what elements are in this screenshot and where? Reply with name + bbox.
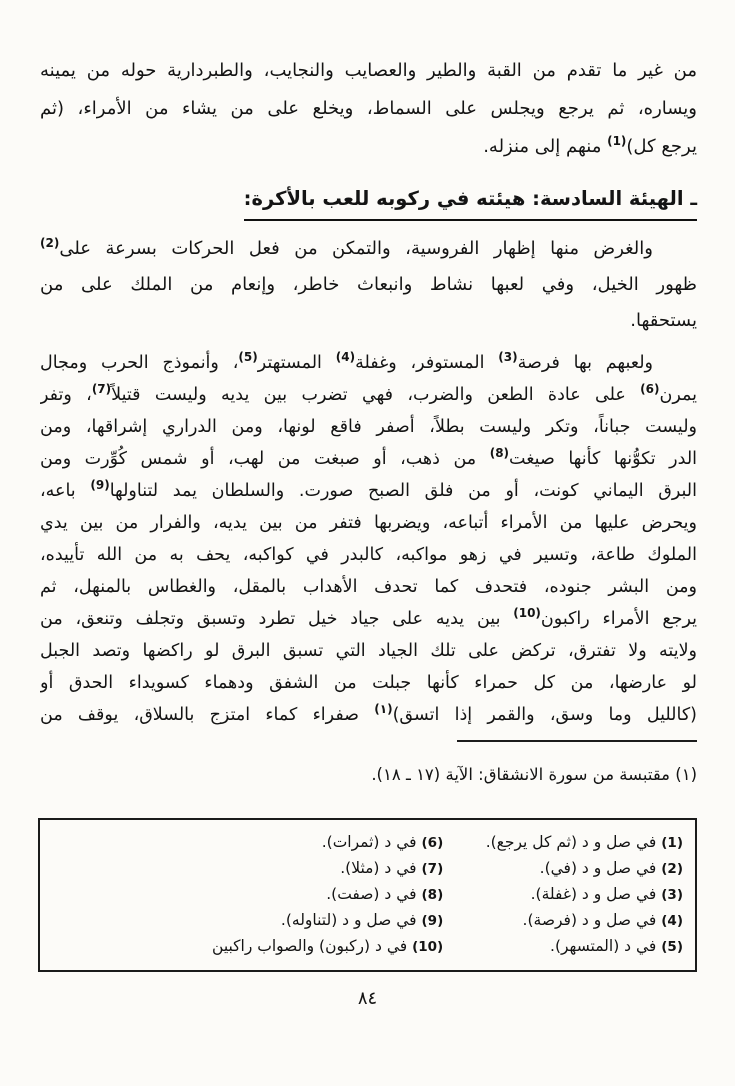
variant-note: (10) في د (ركبون) والصواب راكبين <box>52 934 443 960</box>
variant-note: (8) في د (صفت). <box>52 882 443 908</box>
variant-note-text: في د (ركبون) والصواب راكبين <box>212 937 412 955</box>
text-line: ظهور الخيل، وفي لعبها نشاط وانبعاث خاطر،… <box>40 267 697 303</box>
footnote-marker: (١) <box>374 702 392 716</box>
text-line: الدر تكوُّنها كأنها صيغت(8) من ذهب، أو ص… <box>40 443 697 475</box>
footnote-quran-reference: (١) مقتبسة من سورة الانشقاق: الآية (١٧ ـ… <box>38 762 697 788</box>
text-line: ولايته ولا تفترق، تركض على تلك الجياد ال… <box>40 635 697 667</box>
body-paragraph: والغرض منها إظهار الفروسية، والتمكن من ف… <box>40 231 697 339</box>
variant-note-text: في د (مثلا). <box>340 859 421 877</box>
variants-column-right: (1) في صل و د (ثم كل يرجع).(2) في صل و د… <box>443 830 683 960</box>
footnote-separator-rule <box>457 740 697 742</box>
manuscript-variants-box: (1) في صل و د (ثم كل يرجع).(2) في صل و د… <box>38 818 697 972</box>
variant-note-text: في صل و د (ثم كل يرجع). <box>486 833 662 851</box>
text-line: وليست جباناً، وتكر وليست بطلاً، أصفر فاق… <box>40 411 697 443</box>
text-line: من غير ما تقدم من القبة والطير والعصايب … <box>40 52 697 90</box>
footnote-marker: (3) <box>498 350 517 364</box>
text-line: ويساره، ثم يرجع ويجلس على السماط، ويخلع … <box>40 90 697 128</box>
text-line: البرق اليماني كونت، أو من فلق الصبح صورت… <box>40 475 697 507</box>
variant-note-number: (5) <box>661 939 683 955</box>
footnote-marker: (7) <box>92 382 111 396</box>
footnotes-section: (١) مقتبسة من سورة الانشقاق: الآية (١٧ ـ… <box>38 740 697 1009</box>
text-line: يرجع كل)(1) منهم إلى منزله. <box>40 128 697 166</box>
variant-note-number: (6) <box>422 835 444 851</box>
variant-note-number: (1) <box>661 835 683 851</box>
variant-note-number: (4) <box>661 913 683 929</box>
variant-note-number: (8) <box>422 887 444 903</box>
text-line: يمرن(6) على عادة الطعن والضرب، فهي تضرب … <box>40 379 697 411</box>
section-heading: ـ الهيئة السادسة: هيئته في ركوبه للعب با… <box>40 184 697 221</box>
variant-note: (5) في د (المتسهر). <box>443 934 683 960</box>
variant-note: (1) في صل و د (ثم كل يرجع). <box>443 830 683 856</box>
text-line: والغرض منها إظهار الفروسية، والتمكن من ف… <box>40 231 697 267</box>
page-number: ٨٤ <box>38 988 697 1009</box>
text-line: يستحقها. <box>40 303 697 339</box>
footnote-marker: (10) <box>513 606 541 620</box>
body-paragraph: ولعبهم بها فرصة(3) المستوفر، وغفلة(4) ال… <box>40 347 697 731</box>
variants-column-left: (6) في د (ثمرات).(7) في د (مثلا).(8) في … <box>52 830 443 960</box>
variant-note: (3) في صل و د (غفلة). <box>443 882 683 908</box>
text-line: ولعبهم بها فرصة(3) المستوفر، وغفلة(4) ال… <box>40 347 697 379</box>
footnote-marker: (9) <box>90 478 109 492</box>
variant-note-number: (9) <box>422 913 444 929</box>
body-paragraph: من غير ما تقدم من القبة والطير والعصايب … <box>40 52 697 166</box>
footnote-marker: (4) <box>336 350 355 364</box>
variant-note-text: في د (صفت). <box>326 885 421 903</box>
variant-note-text: في د (ثمرات). <box>322 833 422 851</box>
footnote-marker: (1) <box>607 134 626 148</box>
variant-note: (4) في صل و د (فرصة). <box>443 908 683 934</box>
variant-note-number: (3) <box>661 887 683 903</box>
text-line: (كالليل وما وسق، والقمر إذا اتسق)(١) صفر… <box>40 699 697 731</box>
variant-note-text: في صل و د (فرصة). <box>523 911 662 929</box>
text-line: لو عارضها، من كل حمراء كأنها جبلت من الش… <box>40 667 697 699</box>
footnote-marker: (2) <box>40 236 59 250</box>
text-line: الملوك طاعة، وتسير في زهو مواكبه، كالبدر… <box>40 539 697 571</box>
page-body: من غير ما تقدم من القبة والطير والعصايب … <box>40 52 697 731</box>
variant-note: (9) في صل و د (لتناوله). <box>52 908 443 934</box>
footnote-marker: (6) <box>640 382 659 396</box>
footnote-marker: (5) <box>238 350 257 364</box>
variant-note-number: (10) <box>412 939 443 955</box>
variant-note: (6) في د (ثمرات). <box>52 830 443 856</box>
variant-note-text: في صل و د (في). <box>540 859 662 877</box>
variant-note-text: في صل و د (غفلة). <box>531 885 662 903</box>
section-heading-text: ـ الهيئة السادسة: هيئته في ركوبه للعب با… <box>244 184 697 221</box>
text-line: ويحرض عليها من الأمراء أتباعه، ويضربها ف… <box>40 507 697 539</box>
footnote-marker: (8) <box>490 446 509 460</box>
text-line: ومن البشر جنوده، فتحدف كما تحدف الأهداب … <box>40 571 697 603</box>
variant-note-text: في د (المتسهر). <box>550 937 661 955</box>
variant-note-number: (7) <box>422 861 444 877</box>
variant-note-text: في صل و د (لتناوله). <box>281 911 422 929</box>
text-line: يرجع الأمراء راكبون(10) بين يديه على جيا… <box>40 603 697 635</box>
variant-note: (2) في صل و د (في). <box>443 856 683 882</box>
variant-note: (7) في د (مثلا). <box>52 856 443 882</box>
scanned-book-page: من غير ما تقدم من القبة والطير والعصايب … <box>0 0 735 1086</box>
variant-note-number: (2) <box>661 861 683 877</box>
